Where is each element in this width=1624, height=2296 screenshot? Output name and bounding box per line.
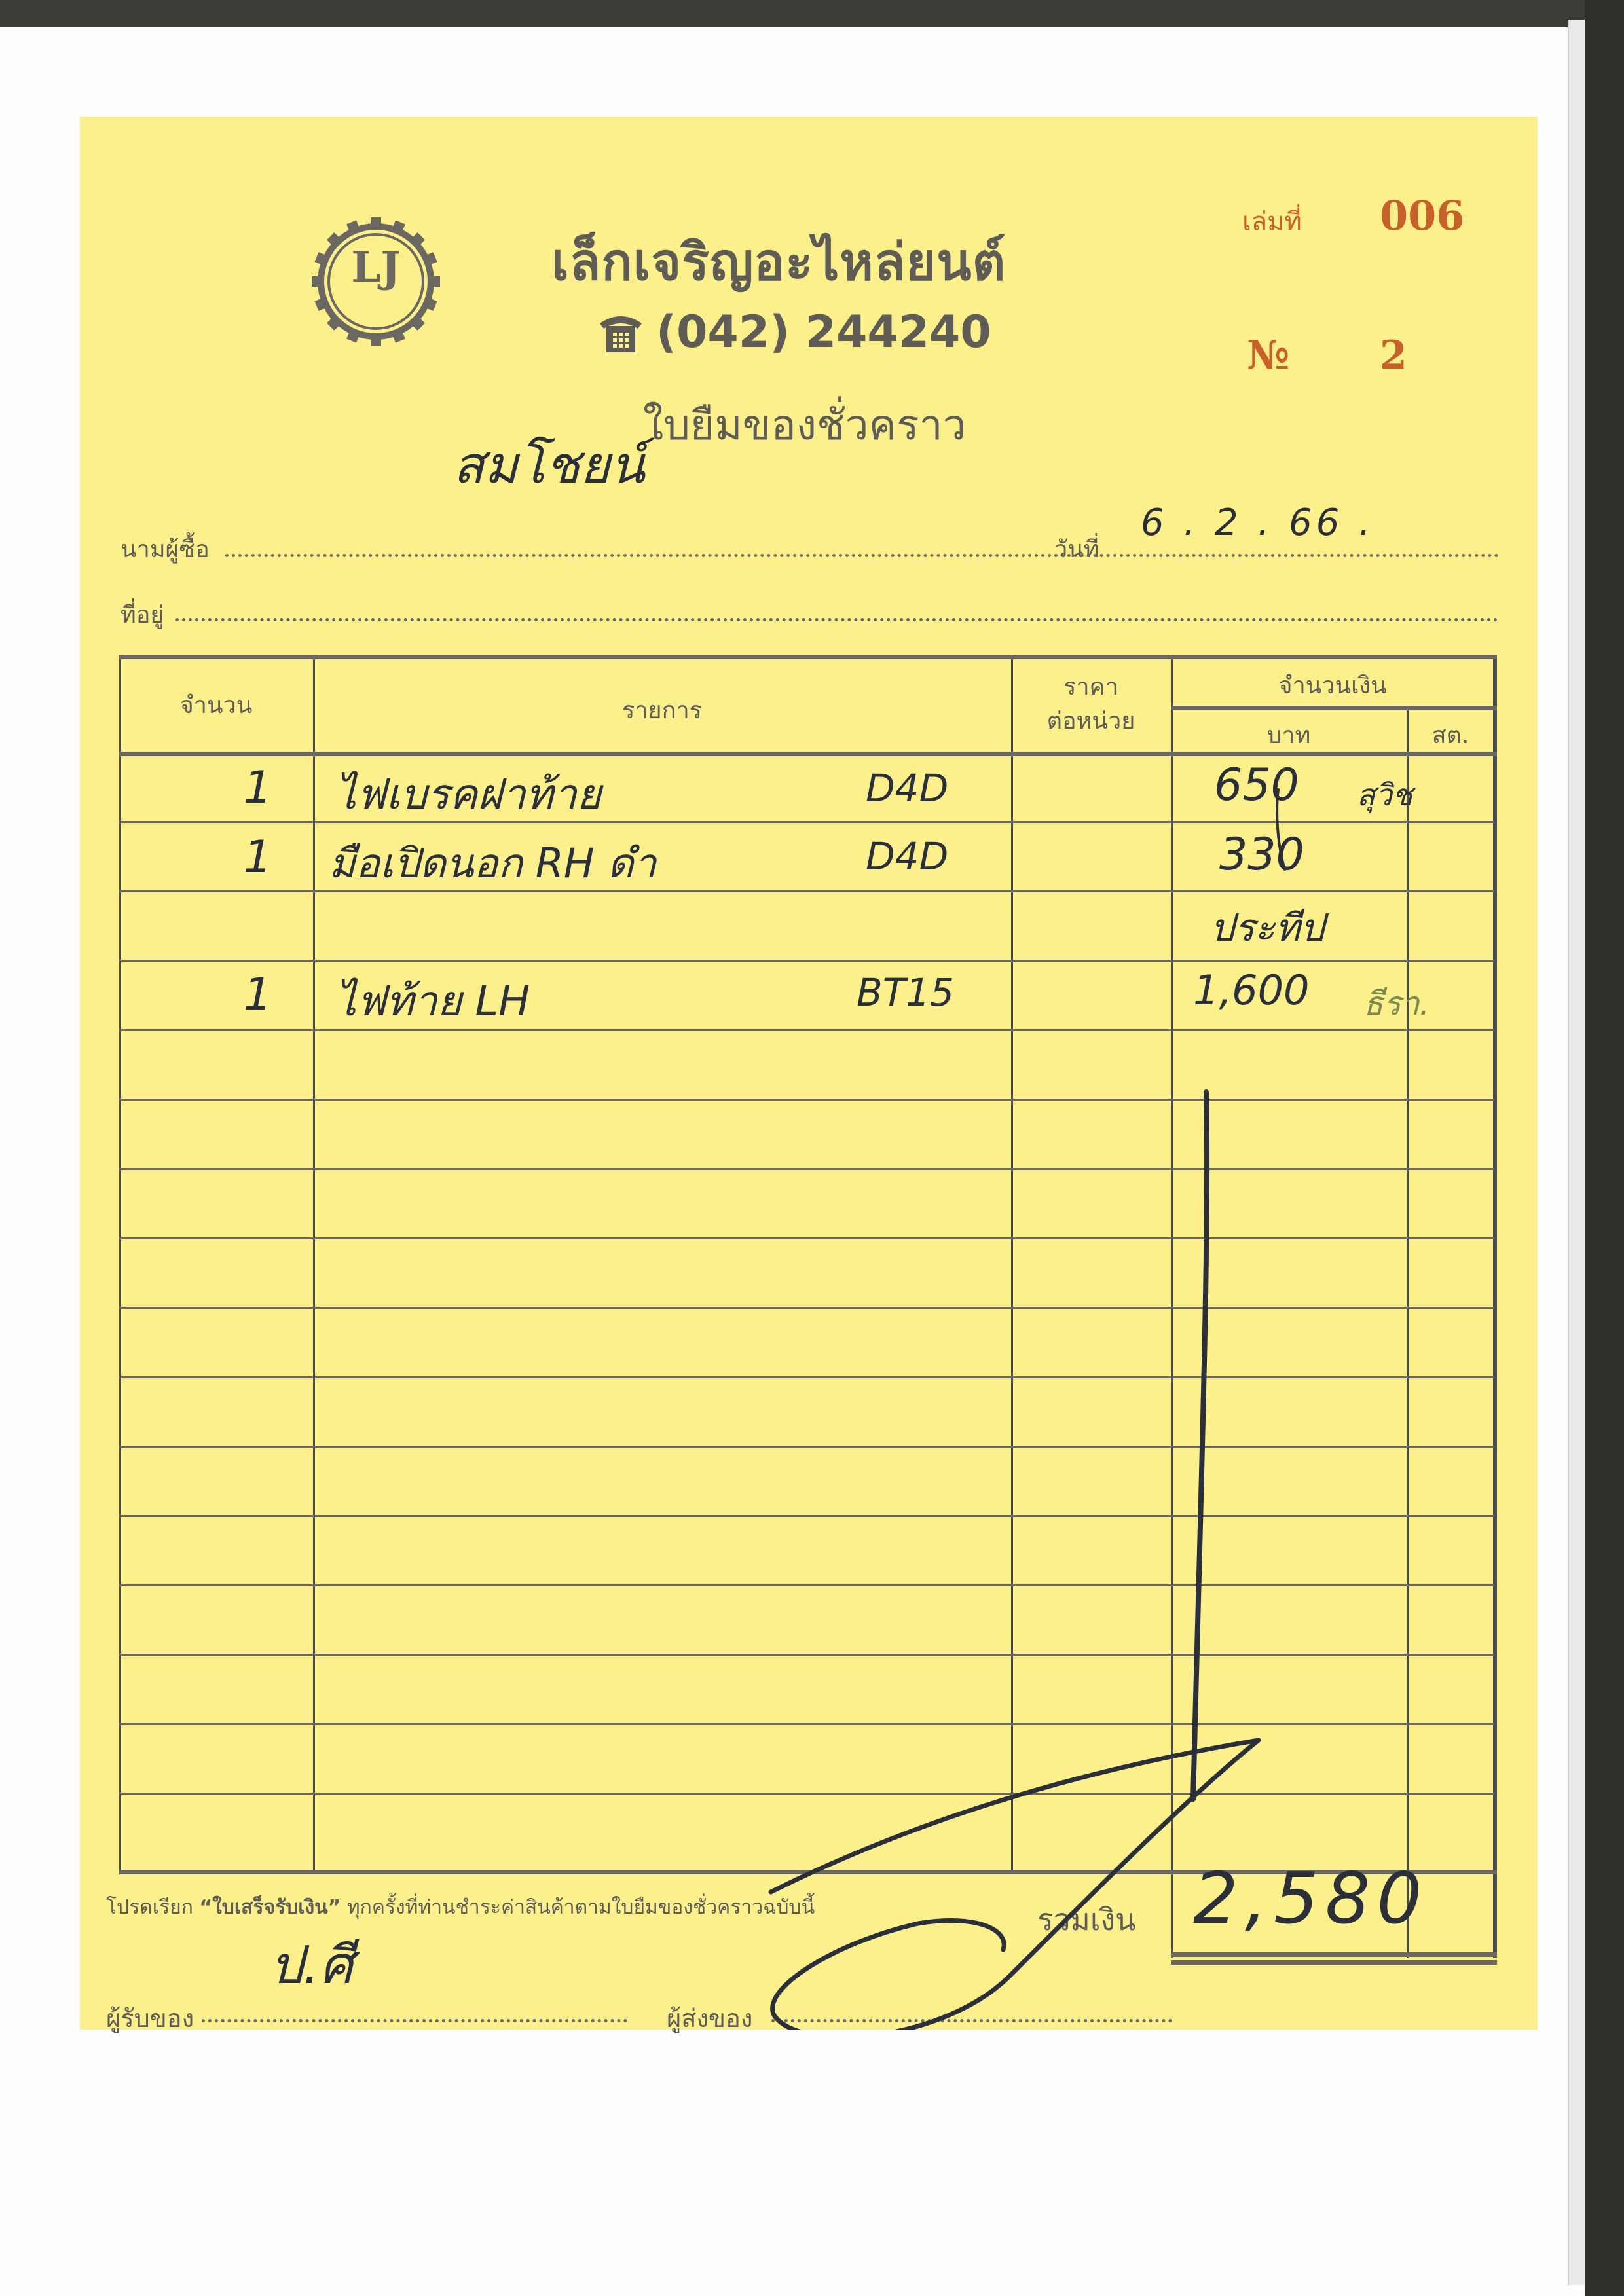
- row-line: [119, 1307, 1494, 1309]
- address-line: [175, 618, 1498, 621]
- total-value[interactable]: 2,580: [1193, 1858, 1428, 1940]
- row-line: [119, 1723, 1494, 1725]
- row1-item[interactable]: ไฟเบรคฝาท้าย: [335, 761, 601, 828]
- row-line: [119, 1446, 1494, 1448]
- receiver-signature[interactable]: ป.ศี: [270, 1923, 353, 2007]
- row4-baht[interactable]: 1,600: [1193, 966, 1310, 1014]
- date-label: วันที่: [1054, 530, 1099, 568]
- row-line: [119, 1515, 1494, 1517]
- col-divider-unit-price: [1171, 655, 1173, 1958]
- items-table: จำนวน รายการ ราคา ต่อหน่วย จำนวนเงิน บาท…: [119, 655, 1494, 1997]
- telephone-icon: [597, 312, 644, 354]
- col-divider-baht: [1407, 706, 1409, 1958]
- shop-phone: (042) 244240: [597, 306, 991, 358]
- row3-baht-note[interactable]: ประทีป: [1210, 897, 1324, 958]
- scanner-right-edge: [1585, 0, 1624, 2296]
- footer-note-bold: “ใบเสร็จรับเงิน”: [199, 1896, 341, 1919]
- temporary-borrow-slip: LJ เล็กเจริญอะไหล่ยนต์ (042) 244240 ใบยื…: [80, 117, 1538, 2030]
- row4-model[interactable]: BT15: [857, 970, 954, 1015]
- row-line: [119, 1168, 1494, 1170]
- book-number: 006: [1380, 192, 1464, 240]
- row4-qty[interactable]: 1: [244, 969, 272, 1021]
- footer-note-prefix: โปรดเรียก: [106, 1896, 199, 1919]
- row4-item[interactable]: ไฟท้าย LH: [335, 968, 530, 1034]
- buyer-name-line: [225, 554, 1111, 557]
- total-double-line-1: [1171, 1952, 1497, 1957]
- table-left-border: [119, 655, 121, 1872]
- row-line: [119, 1029, 1494, 1031]
- row1-margin-note: สุวิช: [1357, 771, 1412, 819]
- header-qty: จำนวน: [119, 686, 313, 723]
- buyer-name-label: นามผู้ซื้อ: [120, 530, 210, 568]
- footer-note: โปรดเรียก “ใบเสร็จรับเงิน” ทุกครั้งที่ท่…: [106, 1892, 815, 1923]
- shop-name: เล็กเจริญอะไหล่ยนต์: [551, 221, 1006, 302]
- address-label: ที่อยู่: [120, 596, 164, 633]
- row2-model[interactable]: D4D: [866, 834, 948, 879]
- row1-model[interactable]: D4D: [866, 766, 948, 811]
- header-satang: สต.: [1407, 716, 1494, 754]
- table-top-border: [119, 655, 1497, 659]
- scanner-top-edge: [0, 0, 1624, 27]
- phone-number: (042) 244240: [656, 306, 991, 358]
- header-baht: บาท: [1171, 716, 1407, 754]
- row-line: [119, 1584, 1494, 1586]
- number-label: №: [1247, 333, 1289, 378]
- svg-text:LJ: LJ: [351, 243, 400, 292]
- row4-margin-note: ธีรา.: [1363, 978, 1430, 1030]
- amount-subheader-line: [1171, 706, 1497, 710]
- row-line: [119, 890, 1494, 892]
- total-label: รวมเงิน: [1037, 1896, 1136, 1944]
- row1-qty[interactable]: 1: [244, 762, 272, 814]
- date-value[interactable]: 6 . 2 . 66 .: [1141, 501, 1375, 544]
- row-line: [119, 1376, 1494, 1378]
- row-line: [119, 821, 1494, 823]
- row1-baht[interactable]: 650: [1214, 759, 1299, 811]
- book-label: เล่มที่: [1242, 200, 1302, 242]
- slip-number: 2: [1380, 333, 1407, 378]
- header-unit-price-2: ต่อหน่วย: [1011, 702, 1171, 739]
- lj-gear-logo-icon: LJ: [310, 216, 441, 347]
- binder-edge: [1568, 20, 1585, 2285]
- date-line: [1113, 554, 1498, 557]
- total-double-line-2: [1171, 1960, 1497, 1965]
- row-line: [119, 1793, 1494, 1795]
- row2-item[interactable]: มือเปิดนอก RH ดำ: [329, 831, 656, 896]
- row-line: [119, 960, 1494, 962]
- row-line: [119, 1099, 1494, 1101]
- sender-line: [771, 2019, 1172, 2022]
- row2-qty[interactable]: 1: [244, 831, 272, 883]
- table-right-border: [1493, 655, 1497, 1958]
- receiver-line: [202, 2019, 627, 2022]
- sender-label: ผู้ส่งของ: [667, 1998, 752, 2038]
- row-line: [119, 1654, 1494, 1656]
- row-line: [119, 1237, 1494, 1239]
- buyer-name-value[interactable]: สมโชยน์: [453, 424, 645, 505]
- header-unit-price-1: ราคา: [1011, 668, 1171, 705]
- document-title: ใบยืมของชั่วคราว: [643, 392, 966, 458]
- row2-baht[interactable]: 330: [1219, 829, 1304, 881]
- receiver-label: ผู้รับของ: [106, 1998, 194, 2038]
- header-amount: จำนวนเงิน: [1171, 666, 1494, 704]
- header-item: รายการ: [313, 691, 1011, 729]
- col-divider-qty: [313, 655, 315, 1872]
- col-divider-item: [1011, 655, 1013, 1872]
- footer-note-suffix: ทุกครั้งที่ท่านชำระค่าสินค้าตามใบยืมของช…: [341, 1896, 815, 1919]
